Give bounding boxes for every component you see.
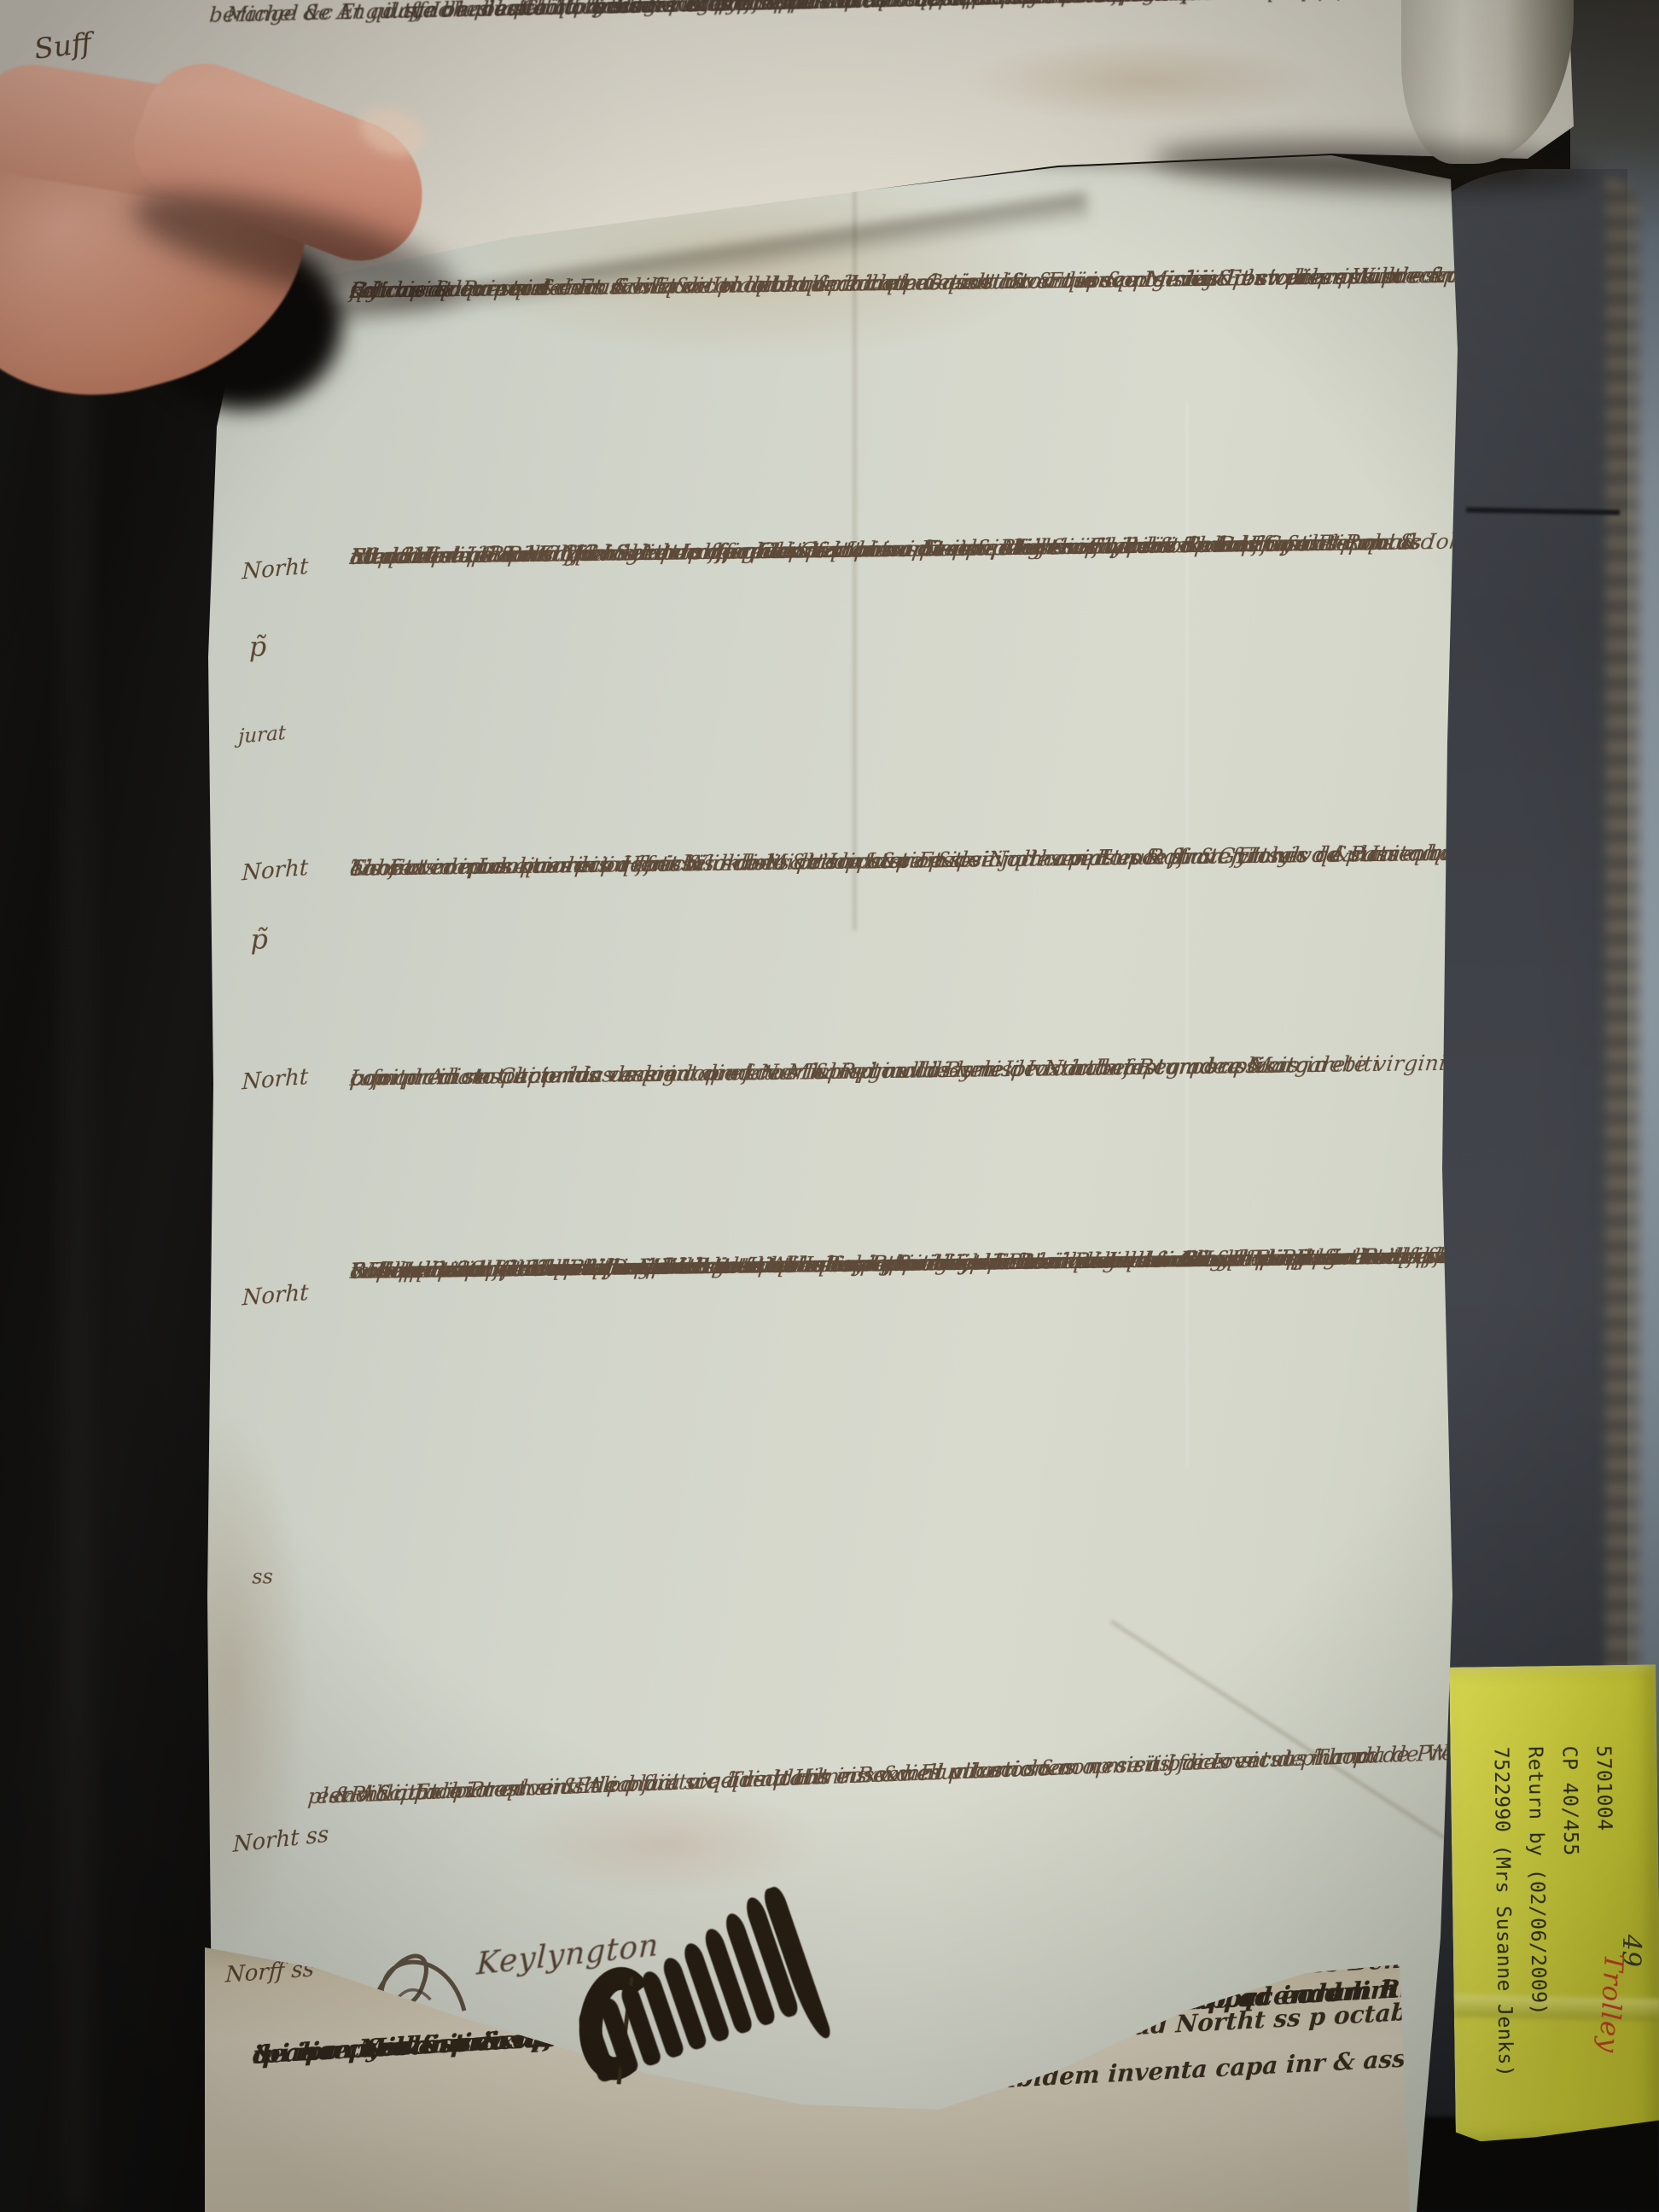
note-document-reference: CP 40/455 [1557,1746,1581,1856]
paraph-mark: p̃ [248,630,266,662]
jurat-marginal: jurat [238,722,286,748]
county-marginal: Norht [242,855,308,887]
county-marginal: Norht ss [233,1822,329,1858]
note-reader-name: 7522990 (Mrs Susanne Jenks) [1489,1747,1516,2078]
note-rotated-text: 5701004 CP 40/455 Return by (02/06/2009)… [1449,1664,1659,2141]
archive-sticky-note: 5701004 CP 40/455 Return by (02/06/2009)… [1449,1664,1659,2141]
note-reference-number: 5701004 [1592,1745,1615,1831]
county-marginal: Norht [242,554,308,585]
county-marginal: Suff [32,26,94,66]
parchment-crease [1186,401,1188,1468]
photograph-of-plea-roll: Norht p̃ Petrus de Preston civis & merca… [0,0,1659,2212]
note-return-by-date: Return by (02/06/2009) [1523,1746,1549,2016]
cloth-fold-highlight [60,341,94,2212]
numeral-minims [568,1896,818,2084]
county-marginal: Norht [242,1064,308,1096]
paraph-mark: p̃ [250,923,268,955]
paraph-mark: ss [252,1564,273,1588]
county-marginal: Norht [242,1280,308,1312]
handwritten-trolley-label: Trolley [1592,1953,1628,2054]
